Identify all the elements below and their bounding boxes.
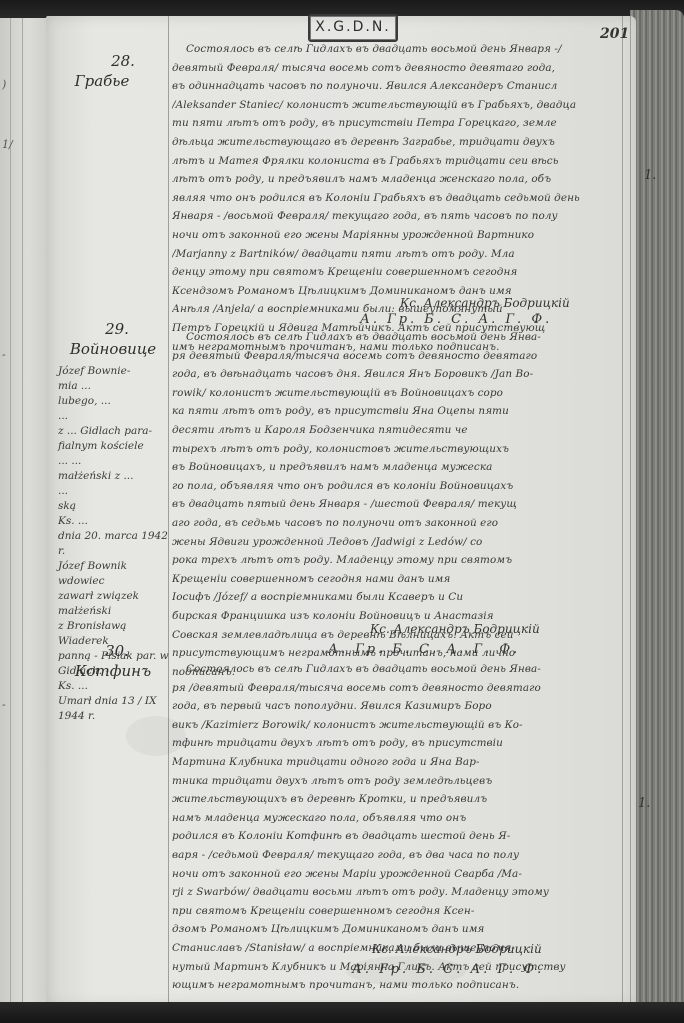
note-line: mia ... <box>58 379 176 394</box>
margin-mark: 1. <box>644 168 656 183</box>
text-line: аго года, въ седьмь часовъ по полуночи о… <box>172 514 628 533</box>
text-line: rowik/ колонистъ жительствующій въ Войно… <box>172 384 628 403</box>
text-line: въ двадцать пятый день Января - /шестой … <box>172 495 628 514</box>
text-line: Мартина Клубника тридцати одного года и … <box>172 753 628 772</box>
note-line: małżeński z ... <box>58 469 176 484</box>
note-line: Józef Bownie- <box>58 364 176 379</box>
text-line: лѣтъ и Матея Фрялки колониста въ Грабьях… <box>172 152 628 171</box>
archive-stamp: X.G.D.N. <box>308 14 398 42</box>
text-line: намъ младенца мужескаго пола, объявляя ч… <box>172 809 628 828</box>
note-line: Ks. ... <box>58 679 176 694</box>
note-line: Umarł dnia 13 / IX 1944 r. <box>58 694 176 724</box>
text-line: ря девятый Февраля/тысяча восемь сотъ де… <box>172 347 628 366</box>
note-line: fialnym kościele <box>58 439 176 454</box>
text-line: ющимъ неграмотнымъ прочитанъ, нами тольк… <box>172 976 628 995</box>
note-line: z ... Gidlach para- <box>58 424 176 439</box>
scanned-register-page: ) 1/ - - X.G.D.N. 201 28. Грабье 1. Сост… <box>0 0 684 1023</box>
text-line: въ Войновицахъ, и предъявилъ намъ младен… <box>172 458 628 477</box>
text-line: года, въ двѣнадцать часовъ дня. Явился Я… <box>172 365 628 384</box>
previous-page-text-fragment: ) <box>2 78 6 91</box>
text-line: /Aleksander Staniec/ колонистъ жительств… <box>172 96 628 115</box>
entry-number: 30. <box>62 642 172 660</box>
previous-page-text-fragment: - <box>2 698 6 711</box>
text-line: лѣтъ отъ роду, и предъявилъ намъ младенц… <box>172 170 628 189</box>
text-line: викъ /Kazimierz Borowik/ колонистъ жител… <box>172 716 628 735</box>
text-line: ка пяти лѣтъ отъ роду, въ присутствіи Ян… <box>172 402 628 421</box>
note-line: zawarł związek małżeński <box>58 589 176 619</box>
text-line: ря /девятый Февраля/тысяча восемь сотъ д… <box>172 679 628 698</box>
text-line: десяти лѣтъ и Кароля Бодзенчика пятидеся… <box>172 421 628 440</box>
text-line: Состоялось въ селѣ Гидлахъ въ двадцать в… <box>172 660 628 679</box>
text-line: жены Ядвиги урожденной Ледовъ /Jadwigi z… <box>172 533 628 552</box>
right-margin-line <box>630 16 631 1006</box>
ruling-line <box>22 18 23 1004</box>
text-line: варя - /седьмой Февраля/ текущаго года, … <box>172 846 628 865</box>
text-line: го пола, объявляя что онъ родился въ кол… <box>172 477 628 496</box>
text-line: тырехъ лѣтъ отъ роду, колонистовъ житель… <box>172 440 628 459</box>
note-line: lubego, ... <box>58 394 176 409</box>
previous-page-text-fragment: - <box>2 348 6 361</box>
text-line: являя что онъ родился въ Колоніи Грабьях… <box>172 189 628 208</box>
previous-page-edge: ) 1/ - - <box>0 18 47 1004</box>
text-line: rji z Swarbów/ двадцати восьми лѣтъ отъ … <box>172 883 628 902</box>
text-line: года, въ первый часъ пополудни. Явился К… <box>172 697 628 716</box>
entry-place: Войновице <box>58 340 168 358</box>
text-line: ти пяти лѣтъ отъ роду, въ присутствіи Пе… <box>172 114 628 133</box>
entry-place: Грабье <box>52 72 152 90</box>
priest-signature: Кс. Александръ Бодрицкій <box>372 942 542 956</box>
text-line: Крещеніи совершенномъ сегодня нами данъ … <box>172 570 628 589</box>
priest-signature: Кс. Александръ Бодрицкій <box>400 296 570 310</box>
priest-signature: Кс. Александръ Бодрицкій <box>370 622 540 636</box>
text-line: /Marjanny z Bartników/ двадцати пяти лѣт… <box>172 245 628 264</box>
note-line: ... <box>58 484 176 499</box>
text-line: дзомъ Романомъ Цѣлицкимъ Доминиканомъ да… <box>172 920 628 939</box>
entry-number: 28. <box>68 52 178 70</box>
note-line: Ks. ... <box>58 514 176 529</box>
note-line: ... <box>58 409 176 424</box>
text-line: Состоялось въ селѣ Гидлахъ въ двадцать в… <box>172 40 628 59</box>
book-cover-bottom <box>0 1002 684 1023</box>
text-line: тфинѣ тридцати двухъ лѣтъ отъ роду, въ п… <box>172 734 628 753</box>
registrar-signature: А. Гр. Б. С. А. Г. Ф. <box>328 642 520 657</box>
entry-place: Котфинъ <box>58 662 168 680</box>
text-line: тника тридцати двухъ лѣтъ отъ роду земле… <box>172 772 628 791</box>
ruling-line <box>10 18 11 1004</box>
text-line: Іосифъ /Józef/ а воспріемниками были Кса… <box>172 588 628 607</box>
note-line: Józef Bownik wdowiec <box>58 559 176 589</box>
page-edges-stack <box>630 10 684 1010</box>
text-line: денцу этому при святомъ Крещеніи соверше… <box>172 263 628 282</box>
note-line: ską <box>58 499 176 514</box>
text-line: при святомъ Крещеніи совершенномъ сегодн… <box>172 902 628 921</box>
text-line: девятый Февраля/ тысяча восемь сотъ девя… <box>172 59 628 78</box>
previous-page-text-fragment: 1/ <box>2 138 13 151</box>
registrar-signature: А. Гр. Б. С. А. Г. Ф. <box>360 312 552 327</box>
text-line: ночи отъ законной его жены Маріянны урож… <box>172 226 628 245</box>
text-line: Состоялось въ селѣ Гидлахъ въ двадцать в… <box>172 328 628 347</box>
note-line: dnia 20. marca 1942 r. <box>58 529 176 559</box>
text-line: въ одиннадцать часовъ по полуночи. Явилс… <box>172 77 628 96</box>
text-line: рока трехъ лѣтъ отъ роду. Младенцу этому… <box>172 551 628 570</box>
margin-mark: 1. <box>638 796 650 811</box>
registrar-signature: А. Гр. Б. С. А. Г. Ф. <box>352 962 544 977</box>
text-line: жительствующихъ въ деревнѣ Кротки, и пре… <box>172 790 628 809</box>
text-line: родился въ Колоніи Котфинѣ въ двадцать ш… <box>172 827 628 846</box>
text-line: ночи отъ законной его жены Маріи урожден… <box>172 865 628 884</box>
text-line: Января - /восьмой Февраля/ текущаго года… <box>172 207 628 226</box>
entry-number: 29. <box>62 320 172 338</box>
text-line: дѣльца жительствующаго въ деревнѣ Заграб… <box>172 133 628 152</box>
note-line: ... ... <box>58 454 176 469</box>
